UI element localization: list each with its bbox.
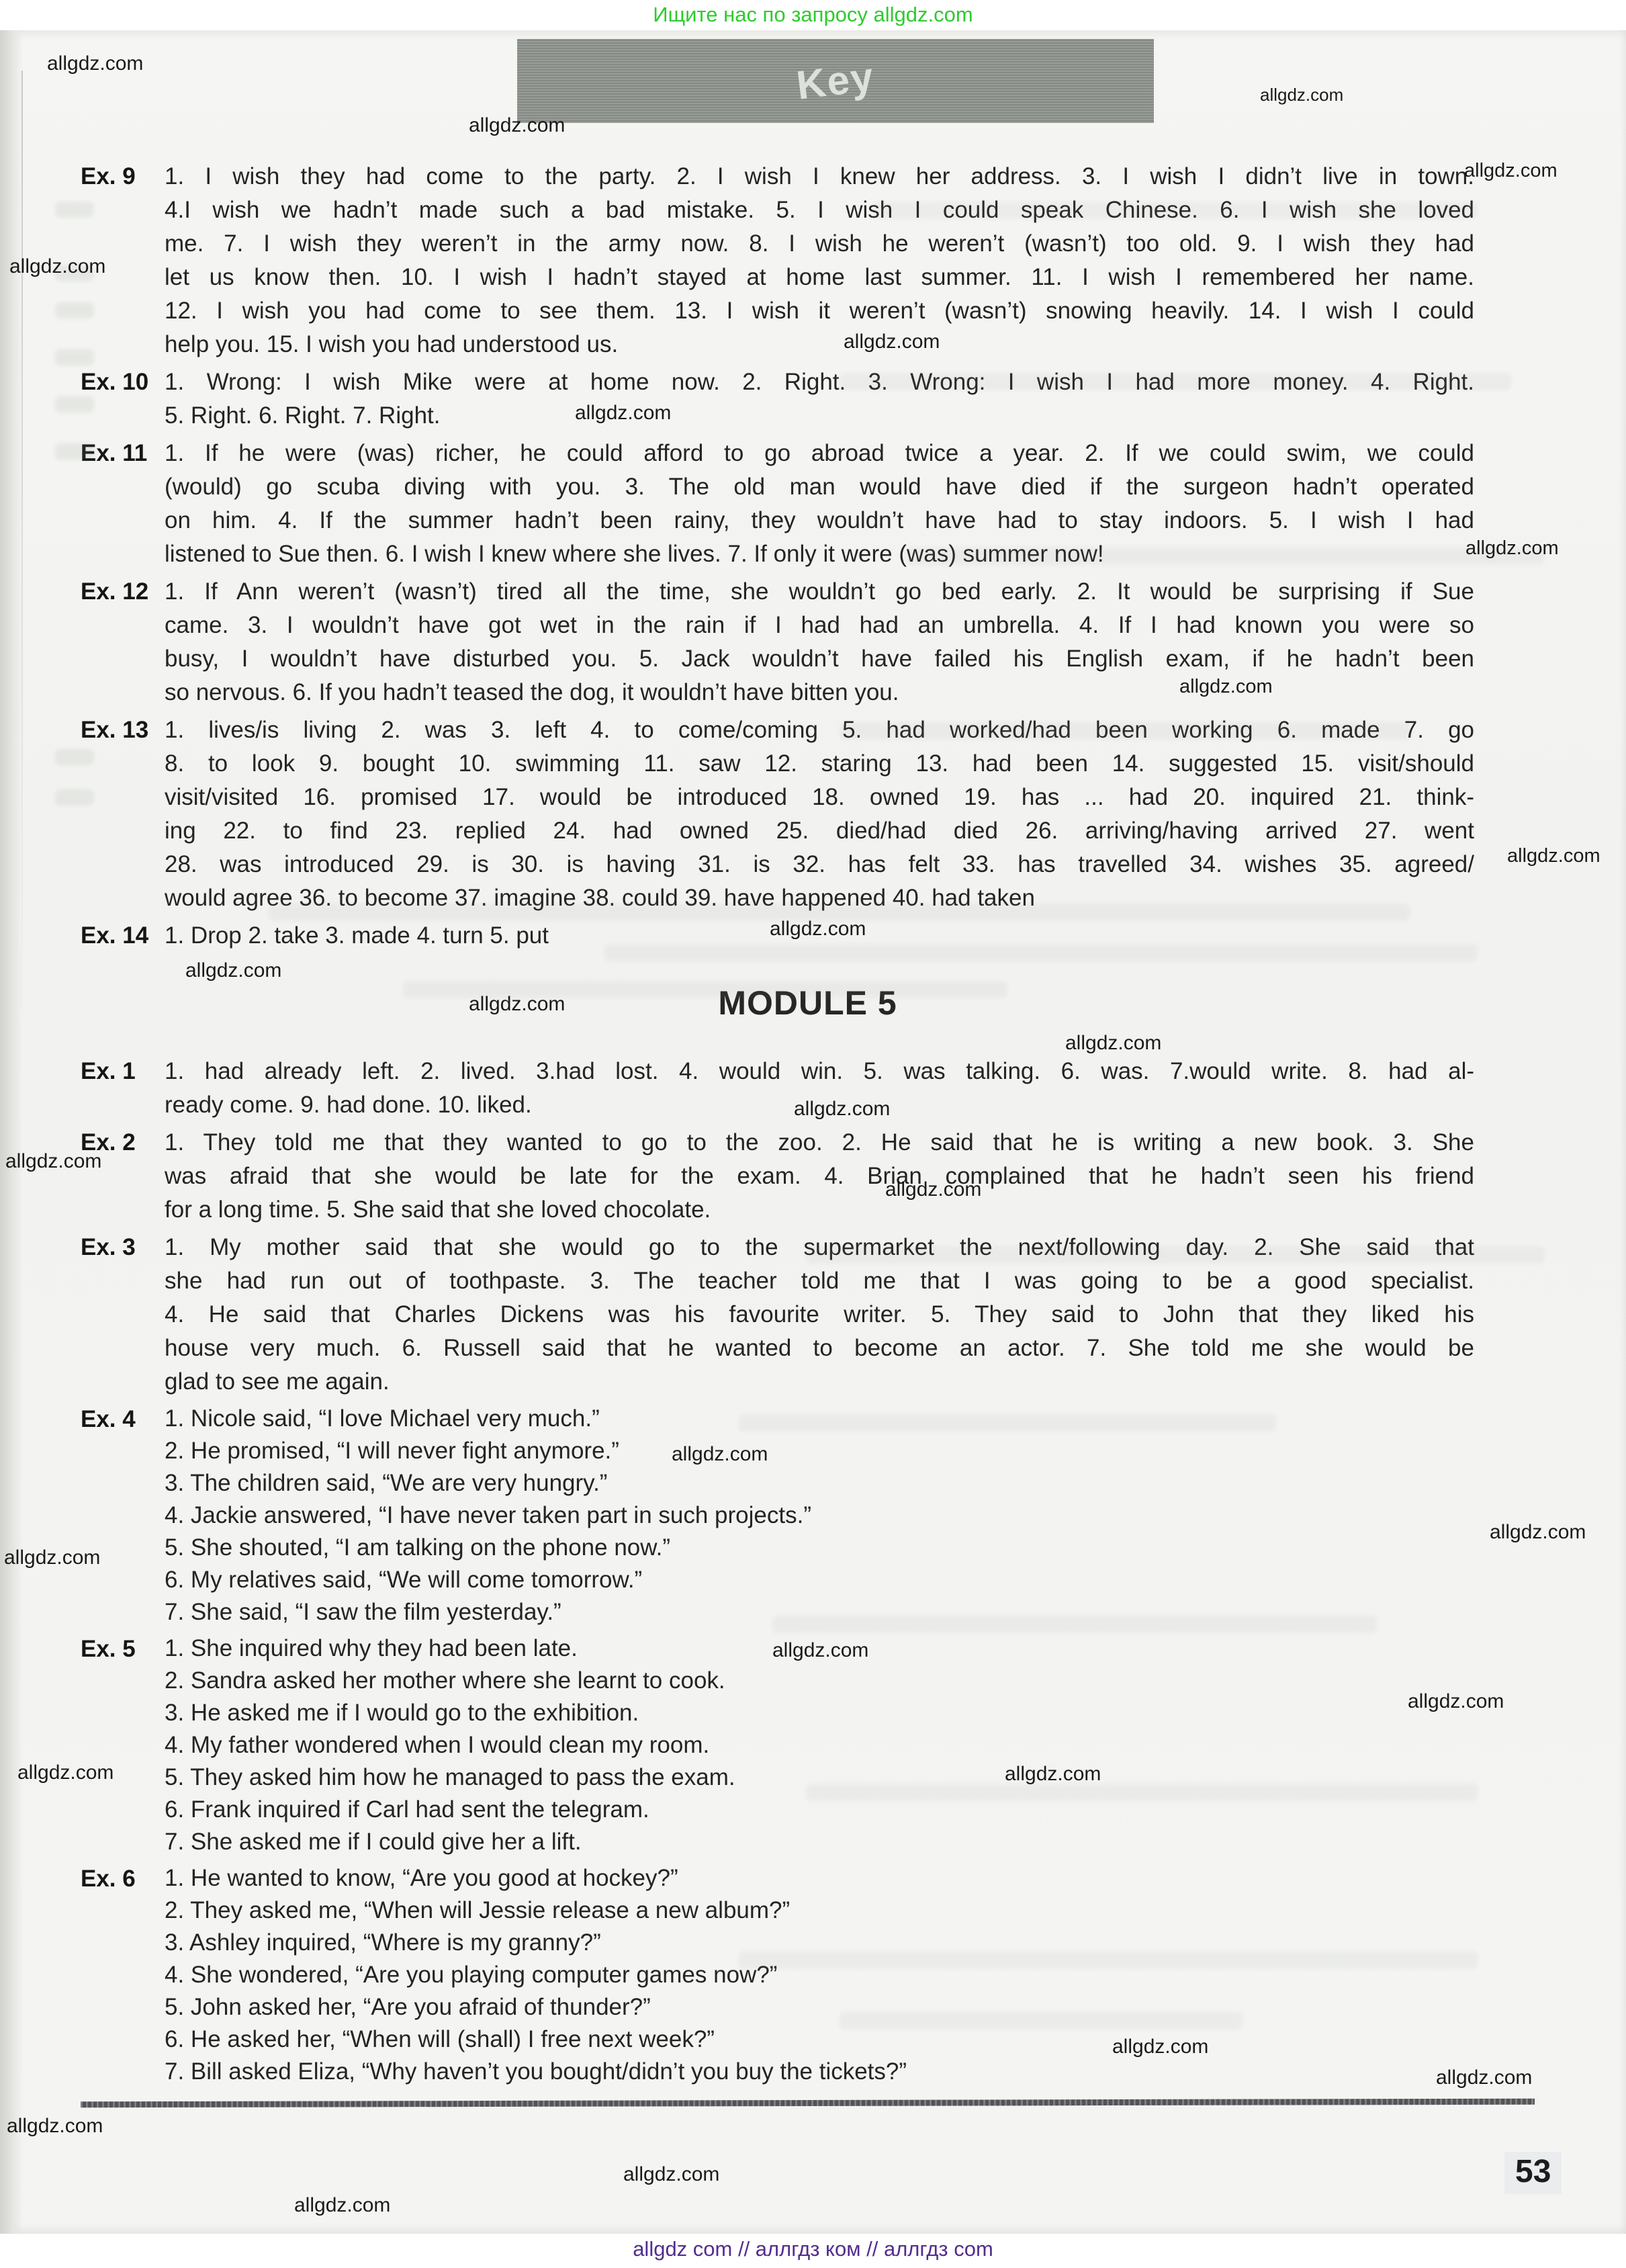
answer-line: on him. 4. If the summer hadn’t been rai… — [165, 504, 1474, 537]
exercise-lines: 1. They told me that they wanted to go t… — [165, 1126, 1474, 1227]
answer-line: 7. She asked me if I could give her a li… — [165, 1826, 1474, 1858]
allgdz-watermark: allgdz.com — [1065, 1032, 1161, 1055]
bleed-artifact — [772, 1616, 1377, 1633]
answer-line: 2. He promised, “I will never fight anym… — [165, 1435, 1474, 1467]
answer-line: help you. 15. I wish you had understood … — [165, 328, 1474, 361]
page-sheet: Key Ex. 91. I wish they had come to the … — [0, 30, 1626, 2234]
allgdz-watermark: allgdz.com — [17, 1761, 114, 1784]
allgdz-watermark: allgdz.com — [844, 331, 940, 353]
answer-line: house very much. 6. Russell said that he… — [165, 1332, 1474, 1365]
allgdz-watermark: allgdz.com — [1408, 1690, 1504, 1713]
allgdz-watermark: allgdz.com — [469, 993, 565, 1016]
exercise-label: Ex. 14 — [81, 919, 165, 953]
allgdz-watermark: allgdz.com — [1112, 2036, 1208, 2058]
allgdz-watermark: allgdz.com — [1436, 2066, 1532, 2089]
bleed-artifact — [840, 722, 1411, 740]
bleed-artifact — [873, 202, 1478, 219]
bleed-artifact — [806, 1246, 1545, 1264]
exercise-lines: 1. She inquired why they had been late.2… — [165, 1632, 1474, 1858]
exercise-label: Ex. 4 — [81, 1403, 165, 1628]
answer-line: busy, I wouldn’t have disturbed you. 5. … — [165, 642, 1474, 676]
answer-line: 1. He wanted to know, “Are you good at h… — [165, 1862, 1474, 1894]
page-left-edge-shadow — [0, 30, 23, 2234]
answer-line: 8. to look 9. bought 10. swimming 11. sa… — [165, 747, 1474, 781]
answer-line: 12. I wish you had come to see them. 13.… — [165, 294, 1474, 328]
exercise-block: Ex. 131. lives/is living 2. was 3. left … — [81, 713, 1535, 915]
exercise-lines: 1. lives/is living 2. was 3. left 4. to … — [165, 713, 1474, 915]
allgdz-watermark: allgdz.com — [1179, 676, 1273, 698]
answer-line: ing 22. to find 23. replied 24. had owne… — [165, 814, 1474, 848]
exercise-label: Ex. 13 — [81, 713, 165, 915]
allgdz-watermark: allgdz.com — [794, 1098, 890, 1121]
promo-banner-text: Ищите нас по запросу allgdz.com — [0, 3, 1626, 27]
exercise-block: Ex. 91. I wish they had come to the part… — [81, 160, 1535, 361]
allgdz-watermark: allgdz.com — [1465, 537, 1559, 560]
exercise-label: Ex. 1 — [81, 1055, 165, 1122]
allgdz-watermark: allgdz.com — [185, 959, 281, 982]
bleed-label-artifact — [55, 396, 95, 412]
answer-line: 5. She shouted, “I am talking on the pho… — [165, 1532, 1474, 1564]
bleed-label-artifact — [55, 443, 95, 460]
answer-line: 1. If he were (was) richer, he could aff… — [165, 437, 1474, 470]
answer-line: came. 3. I wouldn’t have got wet in the … — [165, 609, 1474, 642]
answer-line: 3. He asked me if I would go to the exhi… — [165, 1697, 1474, 1729]
bleed-artifact — [806, 1784, 1478, 1801]
exercise-block: Ex. 21. They told me that they wanted to… — [81, 1126, 1535, 1227]
allgdz-watermark: allgdz.com — [575, 402, 671, 425]
allgdz-watermark: allgdz.com — [672, 1443, 768, 1466]
answer-line: let us know then. 10. I wish I hadn’t st… — [165, 261, 1474, 294]
page-number: 53 — [1515, 2154, 1551, 2189]
bleed-label-artifact — [55, 302, 95, 318]
answer-line: glad to see me again. — [165, 1365, 1474, 1399]
bleed-label-artifact — [55, 749, 95, 765]
page-spine-line — [21, 71, 23, 1045]
exercise-label: Ex. 5 — [81, 1632, 165, 1858]
bleed-label-artifact — [55, 202, 95, 218]
allgdz-watermark: allgdz.com — [885, 1178, 981, 1201]
bleed-label-artifact — [55, 349, 95, 365]
exercise-lines: 1. I wish they had come to the party. 2.… — [165, 160, 1474, 361]
bleed-artifact — [840, 2012, 1243, 2030]
allgdz-watermark: allgdz.com — [772, 1639, 868, 1662]
bleed-label-artifact — [55, 789, 95, 805]
answer-line: was afraid that she would be late for th… — [165, 1160, 1474, 1193]
exercise-label: Ex. 6 — [81, 1862, 165, 2088]
exercise-block: Ex. 61. He wanted to know, “Are you good… — [81, 1862, 1535, 2088]
answer-line: so nervous. 6. If you hadn’t teased the … — [165, 676, 1474, 709]
exercise-label: Ex. 3 — [81, 1231, 165, 1399]
exercise-lines: 1. Nicole said, “I love Michael very muc… — [165, 1403, 1474, 1628]
allgdz-watermark: allgdz.com — [5, 1150, 101, 1173]
bleed-artifact — [907, 548, 1545, 565]
answer-line: 2. Sandra asked her mother where she lea… — [165, 1665, 1474, 1697]
allgdz-watermark: allgdz.com — [47, 52, 143, 75]
answer-line: (would) go scuba diving with you. 3. The… — [165, 470, 1474, 504]
allgdz-watermark: allgdz.com — [7, 2115, 103, 2138]
answer-key-content: Ex. 91. I wish they had come to the part… — [81, 160, 1535, 2106]
exercise-lines: 1. He wanted to know, “Are you good at h… — [165, 1862, 1474, 2088]
answer-line: 6. He asked her, “When will (shall) I fr… — [165, 2023, 1474, 2056]
answer-line: visit/visited 16. promised 17. would be … — [165, 781, 1474, 814]
answer-line: 7. Bill asked Eliza, “Why haven’t you bo… — [165, 2056, 1474, 2088]
allgdz-watermark: allgdz.com — [294, 2194, 390, 2217]
bottom-divider-rule — [81, 2099, 1535, 2108]
exercise-block: Ex. 51. She inquired why they had been l… — [81, 1632, 1535, 1858]
exercise-lines: 1. If Ann weren’t (wasn’t) tired all the… — [165, 575, 1474, 709]
key-banner: Key — [517, 39, 1154, 123]
allgdz-watermark: allgdz.com — [1464, 160, 1557, 182]
exercise-block: Ex. 121. If Ann weren’t (wasn’t) tired a… — [81, 575, 1535, 709]
answer-line: me. 7. I wish they weren’t in the army n… — [165, 227, 1474, 261]
allgdz-watermark: allgdz.com — [4, 1546, 100, 1569]
scanned-answer-key-page: Ищите нас по запросу allgdz.com Key Ex. … — [0, 0, 1626, 2268]
answer-line: 2. They asked me, “When will Jessie rele… — [165, 1894, 1474, 1927]
allgdz-watermark: allgdz.com — [9, 255, 105, 278]
footer-site-line: allgdz com // аллгдз ком // аллгдз com — [0, 2237, 1626, 2261]
answer-line: for a long time. 5. She said that she lo… — [165, 1193, 1474, 1227]
allgdz-watermark: allgdz.com — [1507, 845, 1600, 867]
answer-line: 1. They told me that they wanted to go t… — [165, 1126, 1474, 1160]
answer-line: she had run out of toothpaste. 3. The te… — [165, 1264, 1474, 1298]
answer-line: 4. He said that Charles Dickens was his … — [165, 1298, 1474, 1332]
allgdz-watermark: allgdz.com — [623, 2163, 719, 2186]
bleed-artifact — [739, 1414, 1277, 1432]
bleed-artifact — [739, 1952, 1478, 1969]
bleed-artifact — [840, 373, 1512, 390]
allgdz-watermark: allgdz.com — [1005, 1763, 1101, 1786]
answer-line: 3. The children said, “We are very hungr… — [165, 1467, 1474, 1499]
allgdz-watermark: allgdz.com — [1260, 85, 1343, 105]
exercise-block: Ex. 41. Nicole said, “I love Michael ver… — [81, 1403, 1535, 1628]
exercise-label: Ex. 12 — [81, 575, 165, 709]
bleed-artifact — [604, 944, 1478, 961]
exercise-label: Ex. 11 — [81, 437, 165, 571]
page-number-box: 53 — [1504, 2152, 1562, 2194]
exercise-label: Ex. 2 — [81, 1126, 165, 1227]
key-banner-label: Key — [794, 53, 877, 109]
answer-line: 4. My father wondered when I would clean… — [165, 1729, 1474, 1761]
answer-line: 5. John asked her, “Are you afraid of th… — [165, 1991, 1474, 2023]
answer-line: 4. Jackie answered, “I have never taken … — [165, 1499, 1474, 1532]
answer-line: 1. had already left. 2. lived. 3.had los… — [165, 1055, 1474, 1088]
answer-line: 6. My relatives said, “We will come tomo… — [165, 1564, 1474, 1596]
answer-line: 1. If Ann weren’t (wasn’t) tired all the… — [165, 575, 1474, 609]
answer-line: 28. was introduced 29. is 30. is having … — [165, 848, 1474, 881]
allgdz-watermark: allgdz.com — [1490, 1521, 1586, 1544]
allgdz-watermark: allgdz.com — [770, 918, 866, 941]
answer-line: 1. I wish they had come to the party. 2.… — [165, 160, 1474, 193]
allgdz-watermark: allgdz.com — [469, 114, 565, 137]
answer-line: 5. Right. 6. Right. 7. Right. — [165, 399, 1474, 433]
